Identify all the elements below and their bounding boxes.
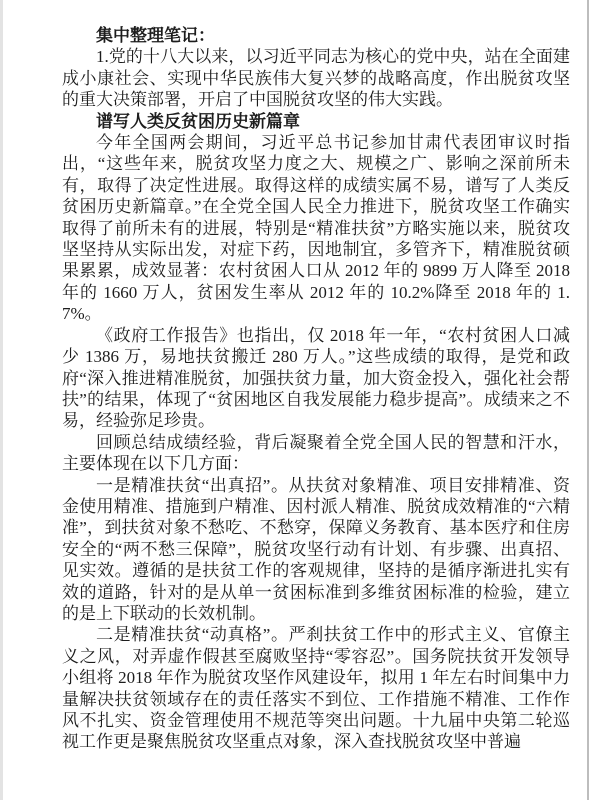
paragraph: 回顾总结成绩经验，背后凝聚着全党全国人民的智慧和汗水，主要体现在以下几方面： xyxy=(62,432,570,475)
page-number: 3 xyxy=(0,736,591,751)
paragraph: 《政府工作报告》也指出，仅 2018 年一年，“农村贫困人口减少 1386 万，… xyxy=(62,325,570,432)
page-content: 集中整理笔记：1.党的十八大以来，以习近平同志为核心的党中央，站在全面建成小康社… xyxy=(62,25,570,753)
paragraph: 一是精准扶贫“出真招”。从扶贫对象精准、项目安排精准、资金使用精准、措施到户精准… xyxy=(62,475,570,625)
scan-edge-left xyxy=(0,0,3,800)
paragraph: 1.党的十八大以来，以习近平同志为核心的党中央，站在全面建成小康社会、实现中华民… xyxy=(62,46,570,110)
scan-edge-right xyxy=(587,0,589,800)
section-heading: 谱写人类反贫困历史新篇章 xyxy=(62,111,570,132)
section-heading: 集中整理笔记： xyxy=(62,25,570,46)
paragraph: 今年全国两会期间，习近平总书记参加甘肃代表团审议时指出，“这些年来，脱贫攻坚力度… xyxy=(62,132,570,325)
document-page: 集中整理笔记：1.党的十八大以来，以习近平同志为核心的党中央，站在全面建成小康社… xyxy=(0,0,591,800)
paragraph: 二是精准扶贫“动真格”。严刹扶贫工作中的形式主义、官僚主义之风，对弄虚作假甚至腐… xyxy=(62,624,570,752)
